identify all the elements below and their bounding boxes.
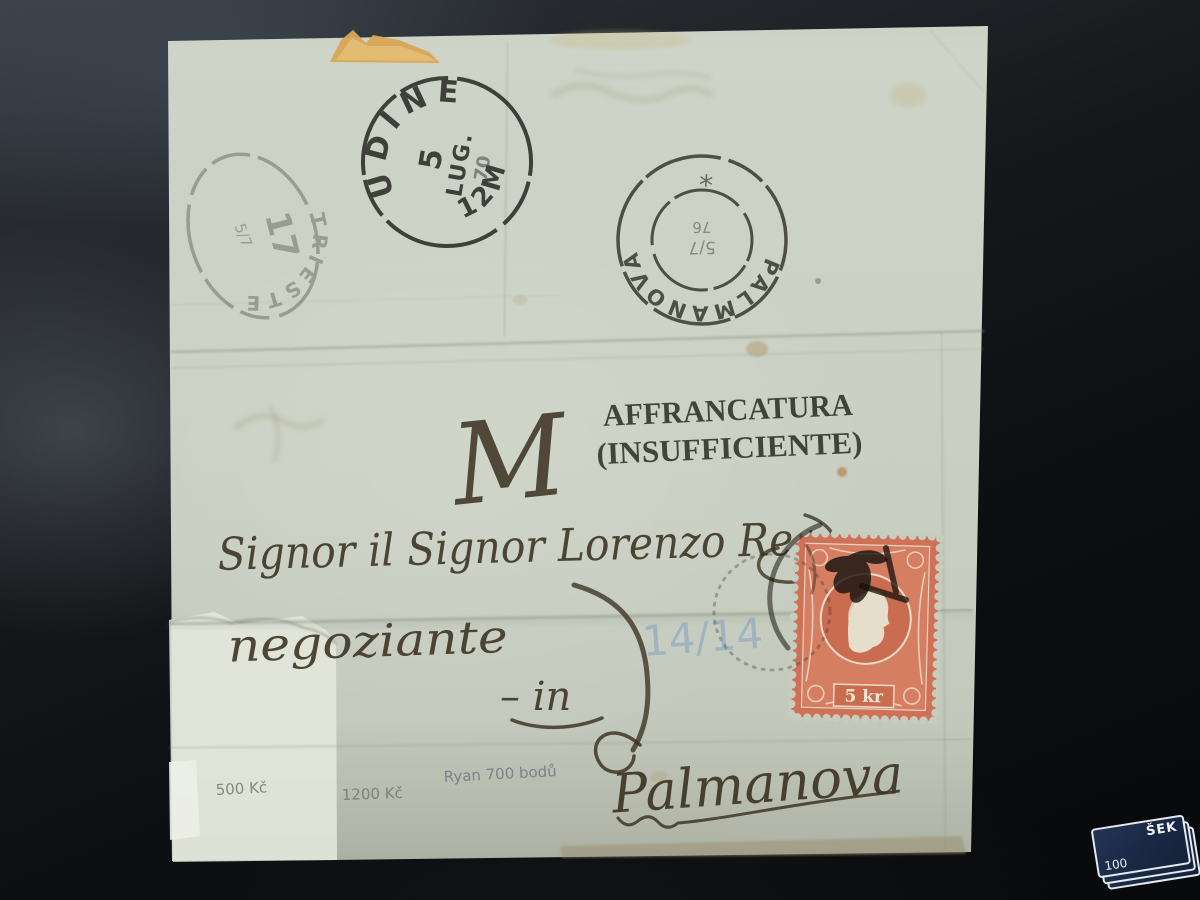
palmanova-date-bottom: 76 xyxy=(692,218,711,236)
photo-stage: UDINE 5 LUG. 70 12M TRIESTE 17 5/7 xyxy=(0,0,1200,900)
oval-number: 17 xyxy=(256,208,306,264)
oval-postmark: TRIESTE 17 5/7 xyxy=(166,123,381,353)
pencil-note-3: Ryan 700 bodů xyxy=(443,762,557,786)
address-line1: Signor il Signor Lorenzo Rea xyxy=(217,512,818,581)
oval-date: 5/7 xyxy=(231,221,256,250)
stamp-value: 5 kr xyxy=(844,686,884,707)
sek-label: ŠEK xyxy=(1145,820,1178,840)
palmanova-date-top: 5/7 xyxy=(688,237,716,257)
tax-handstamp: AFFRANCATURA (INSUFFICIENTE) xyxy=(594,387,863,472)
pencil-note-1: 500 Kč xyxy=(215,778,267,799)
blue-crayon-note: 14/14 xyxy=(640,609,764,666)
pencil-note-2: 1200 Kč xyxy=(342,784,404,804)
address-monogram: M xyxy=(444,390,576,532)
address-line2: negoziante xyxy=(227,610,509,673)
tax-line2: (INSUFFICIENTE) xyxy=(596,425,863,472)
cover-markings: UDINE 5 LUG. 70 12M TRIESTE 17 5/7 xyxy=(0,0,1200,900)
palmanova-postmark: PALMANOVA * 5/7 76 xyxy=(612,150,791,330)
sek-number: 100 xyxy=(1103,856,1128,873)
palmanova-star: * xyxy=(698,159,714,193)
address-line3: – in xyxy=(500,674,571,720)
hinge-remnant xyxy=(330,30,440,63)
udine-postmark: UDINE 5 LUG. 70 12M xyxy=(327,42,565,280)
udine-day: 5 xyxy=(413,146,451,173)
